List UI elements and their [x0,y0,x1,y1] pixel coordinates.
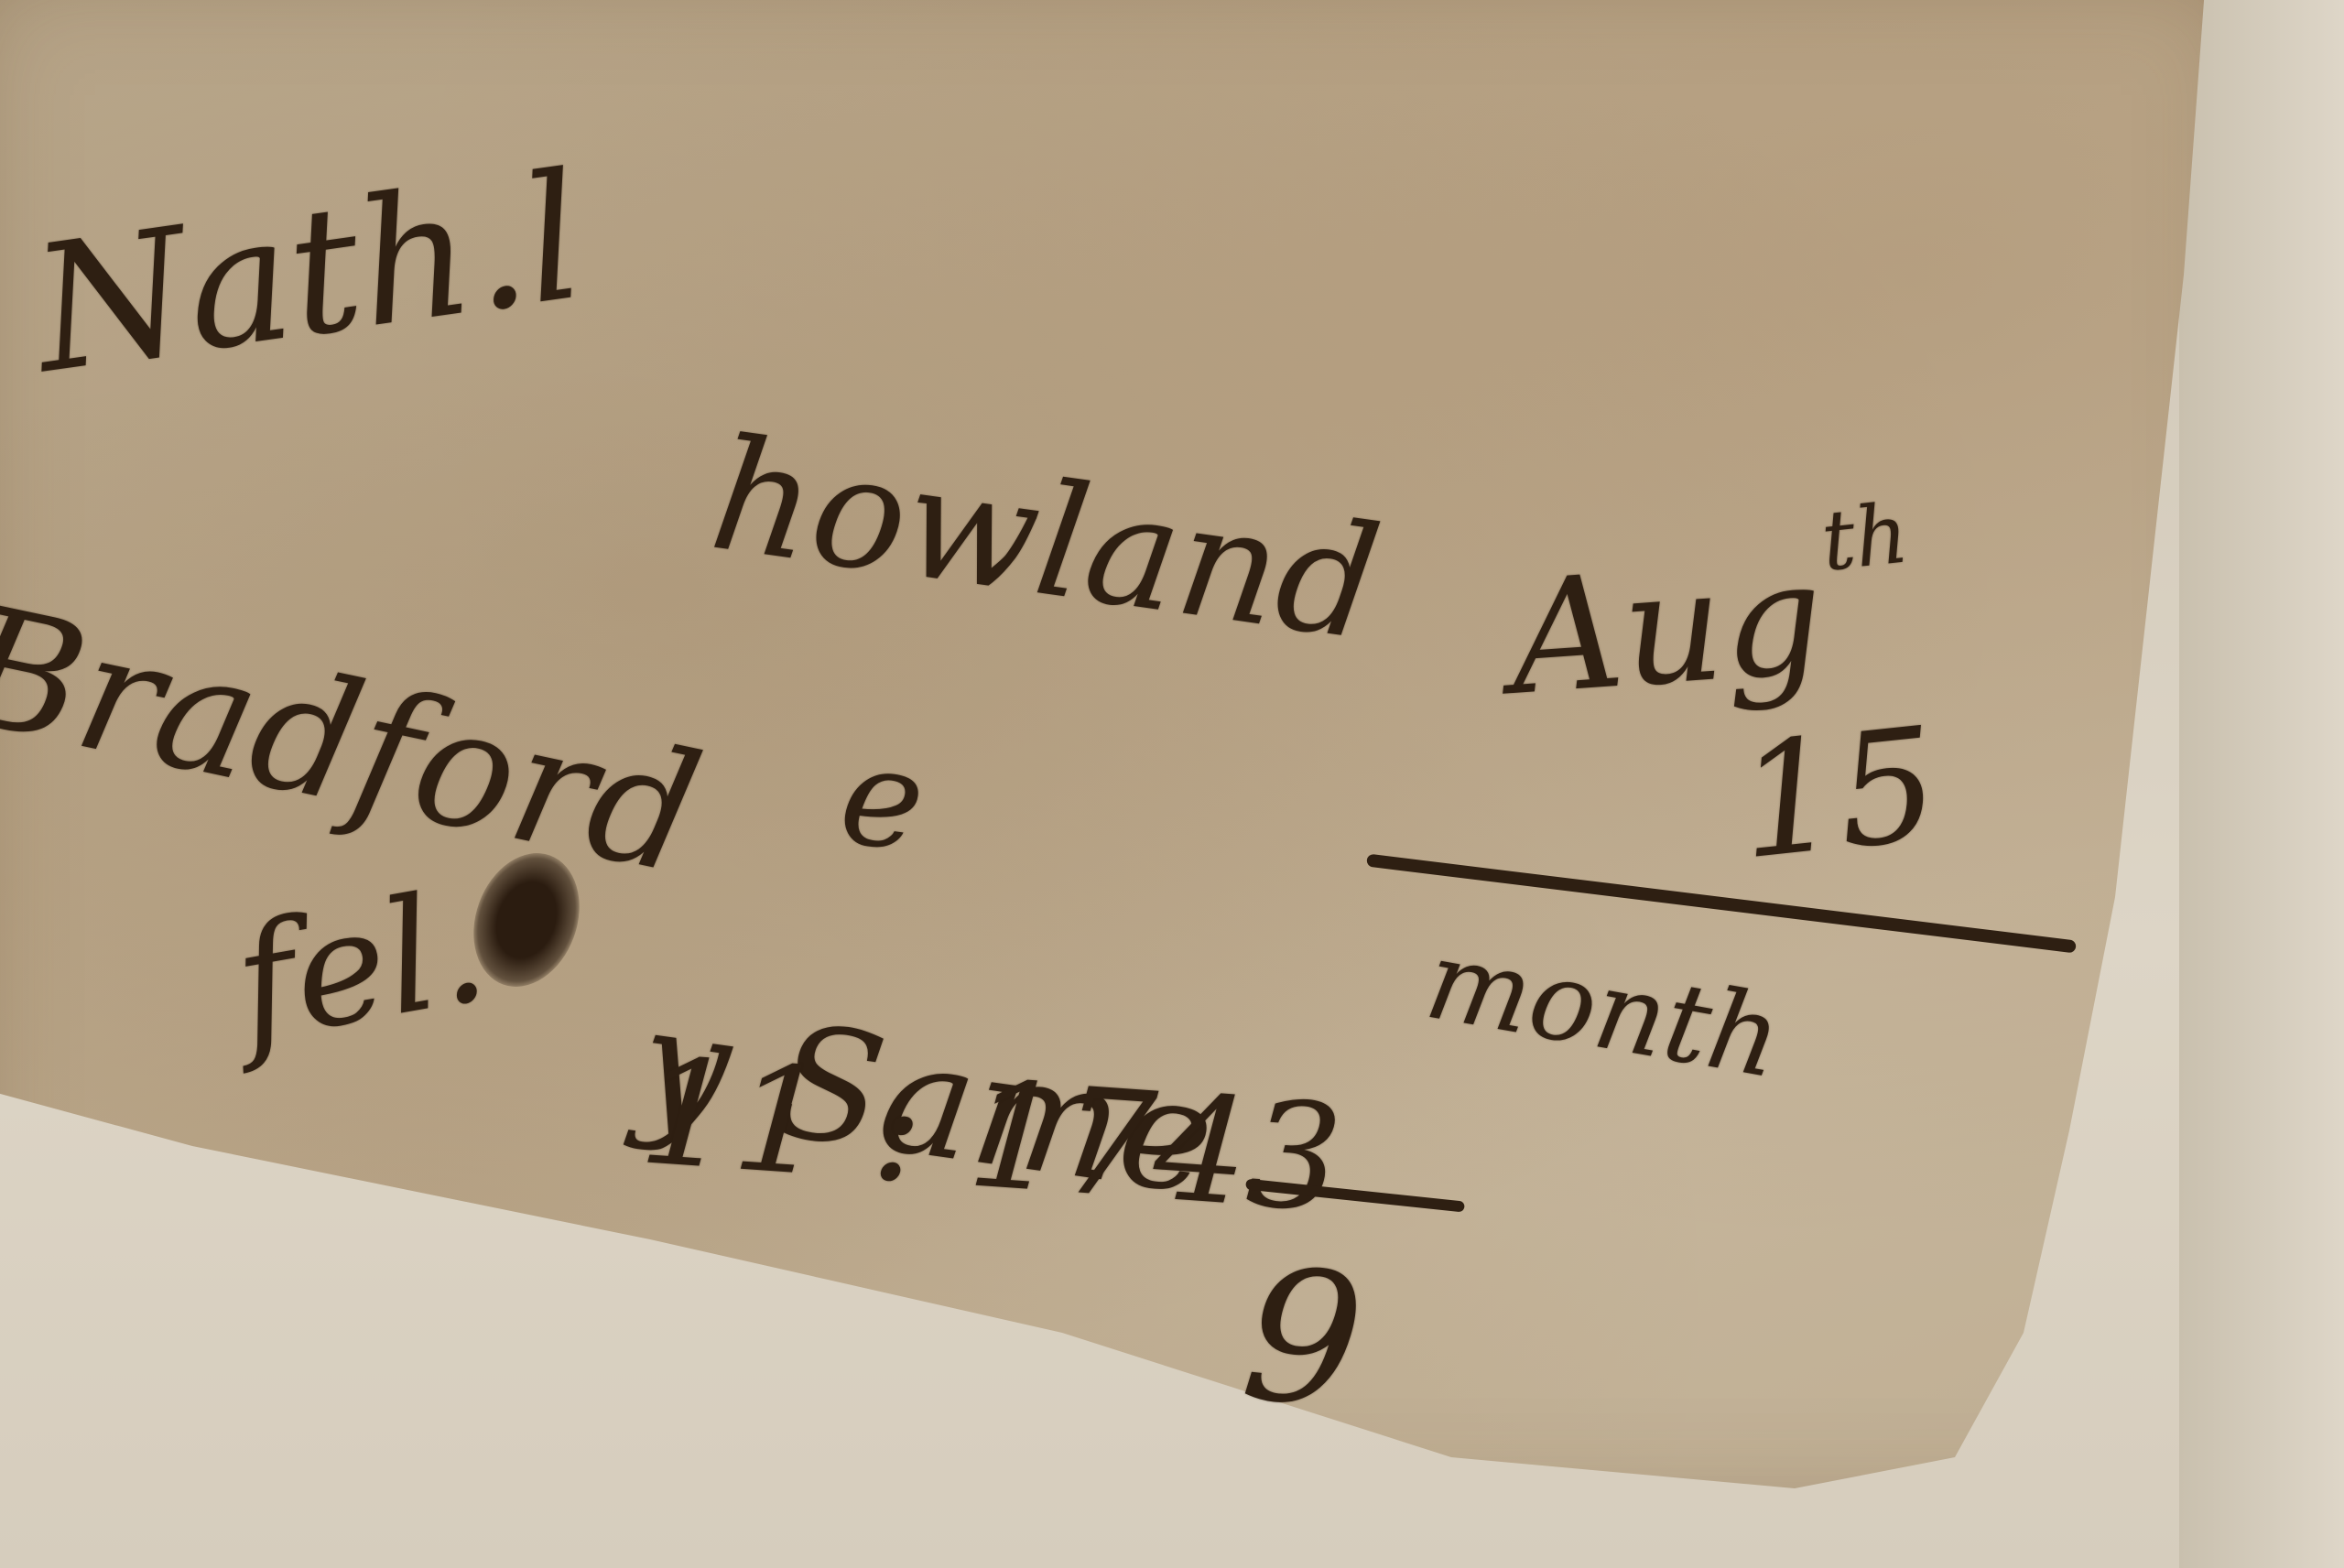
handwriting-day: 15 [1731,694,1947,895]
background-surface [2179,0,2344,1568]
handwriting-ordinal-superscript: th [1818,485,1914,589]
handwriting-number: 9 [1234,1227,1373,1452]
handwriting-month: Aug [1504,527,1829,730]
